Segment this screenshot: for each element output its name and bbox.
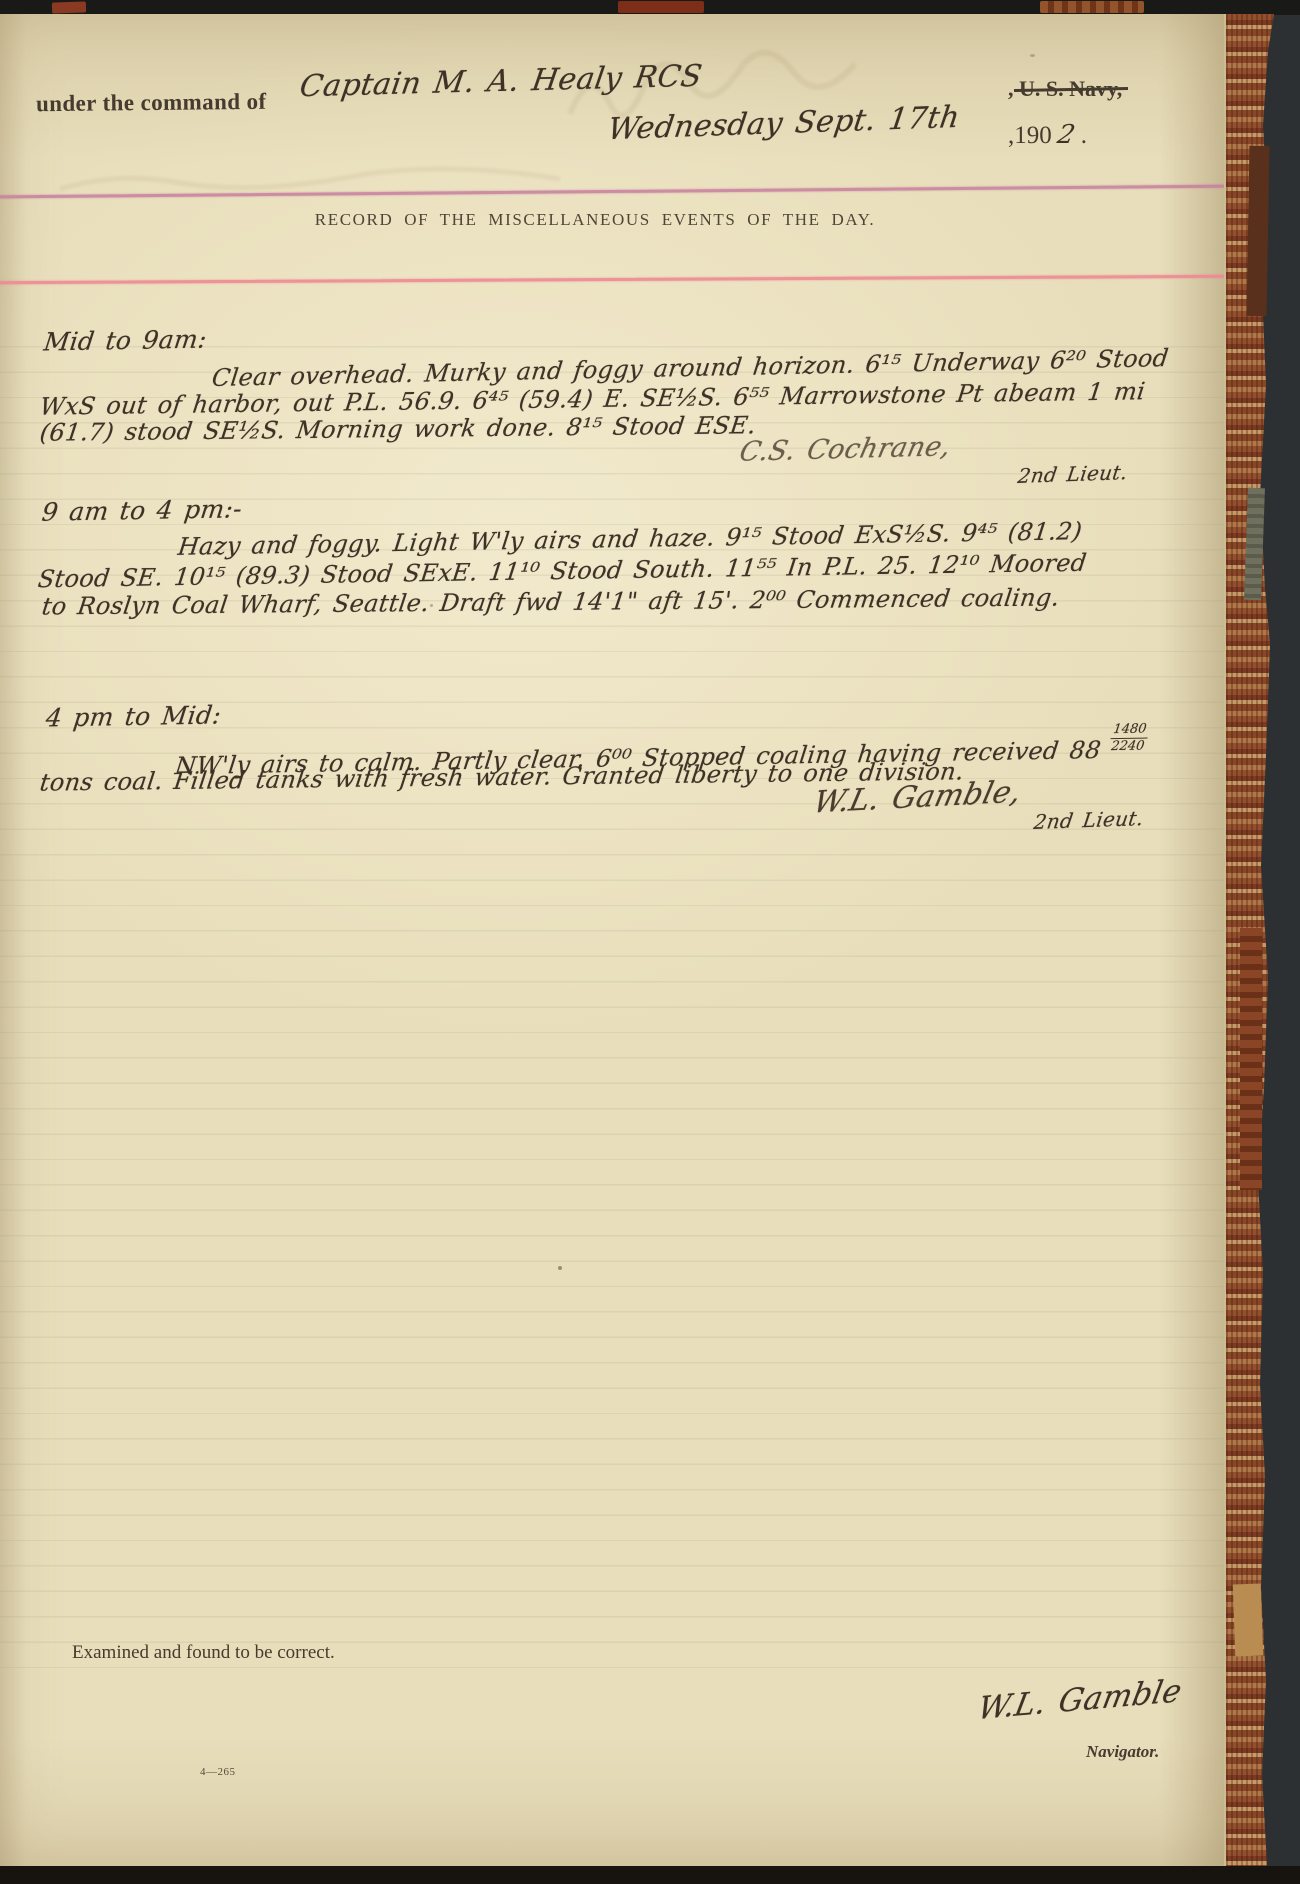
officer-rank: 2nd Lieut. <box>1032 806 1145 834</box>
page-title: RECORD OF THE MISCELLANEOUS EVENTS OF TH… <box>0 210 1190 230</box>
fraction-denominator: 2240 <box>1108 738 1147 753</box>
watch-heading: Mid to 9am: <box>42 325 208 357</box>
fore-edge-fragment <box>1233 1584 1263 1657</box>
officer-signature: C.S. Cochrane, <box>737 431 954 468</box>
fore-edge-fragment <box>1247 146 1270 316</box>
paper-speck <box>1030 54 1035 57</box>
command-label: under the command of <box>36 89 267 117</box>
year-period: . <box>1081 122 1087 149</box>
fore-edge-fragment <box>1240 928 1262 1190</box>
watch-heading: 4 pm to Mid: <box>44 700 223 732</box>
fraction-numerator: 1480 <box>1110 722 1149 738</box>
year-line: ,190 2 . <box>1008 120 1087 150</box>
commander-handwritten: Captain M. A. Healy RCS <box>297 59 704 105</box>
top-edge-fragment <box>1040 1 1144 13</box>
top-edge-fragment <box>618 1 704 13</box>
navy-designation: , U. S. Navy, <box>1008 76 1122 102</box>
logbook-scan: under the command of Captain M. A. Healy… <box>0 0 1300 1884</box>
pink-rule-top <box>0 185 1234 199</box>
year-digit-handwritten: 2 <box>1055 120 1078 150</box>
coal-tons-fraction: 14802240 <box>1108 722 1149 753</box>
watch-heading: 9 am to 4 pm:- <box>40 494 244 527</box>
navigator-signature: W.L. Gamble <box>975 1673 1185 1728</box>
form-number: 4—265 <box>200 1766 236 1778</box>
examined-statement: Examined and found to be correct. <box>72 1642 335 1664</box>
logbook-page: under the command of Captain M. A. Healy… <box>0 14 1224 1866</box>
pink-rule-bottom <box>0 275 1234 284</box>
navy-comma: , <box>1008 76 1014 101</box>
navy-struck-text: U. S. Navy, <box>1019 76 1122 102</box>
navigator-label: Navigator. <box>1086 1742 1159 1762</box>
paper-speck <box>558 1266 562 1270</box>
officer-rank: 2nd Lieut. <box>1016 460 1129 488</box>
date-handwritten: Wednesday Sept. 17th <box>606 100 962 147</box>
book-bottom-edge <box>0 1866 1300 1884</box>
year-prefix: ,190 <box>1008 122 1052 149</box>
ink-bleed-mark <box>60 164 560 204</box>
top-edge-fragment <box>52 1 86 13</box>
paper-speck <box>430 604 433 607</box>
